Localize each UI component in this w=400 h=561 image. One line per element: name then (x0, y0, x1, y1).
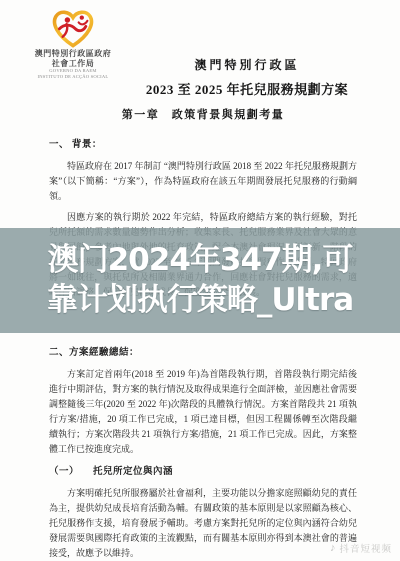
document-title-region: 澳門特別行政區 (108, 56, 386, 73)
chapter-heading: 第一章 政策背景與規劃考量 (49, 106, 357, 122)
document-body: 一、 背景： 特區政府在 2017 年制訂 “澳門特別行政區 2018 至 20… (49, 138, 357, 561)
promo-overlay-text: 澳门2024年347期,可 靠计划执行策略_Ultra (0, 240, 400, 320)
promo-text-line-2: 靠计划执行策略_Ultra (0, 280, 400, 320)
section-2-1-heading: （一）托兒所定位與內涵 (49, 465, 357, 480)
section-2-paragraph-1: 方案訂定首兩年(2018 至 2019 年)為首階段執行期，首階段執行期完結後進… (49, 367, 357, 457)
document-page: 澳門特別行政區政府 社會工作局 GOVERNO DA RAEM INSTITUT… (0, 0, 400, 561)
document-title-plan: 2023 至 2025 年托兒服務規劃方案 (108, 79, 386, 98)
music-note-icon: ♪ (330, 543, 337, 554)
promo-text-line-1: 澳门2024年347期,可 (0, 240, 400, 280)
section-1-paragraph-1: 特區政府在 2017 年制訂 “澳門特別行政區 2018 至 2022 年托兒服… (49, 159, 357, 204)
section-1-heading: 一、 背景： (49, 138, 357, 153)
watermark-label: 抖音短视频 (339, 541, 392, 555)
section-2-heading: 二、方案經驗總結： (49, 346, 357, 361)
section-2-1-title: 托兒所定位與內涵 (93, 467, 173, 477)
section-2-1-paragraph-1: 方案明確托兒所服務屬於社會福利，主要功能以分擔家庭照顧幼兒的責任為主，提供幼兒成… (49, 486, 357, 561)
heart-logo-icon (49, 7, 97, 49)
document-title-block: 澳門特別行政區 2023 至 2025 年托兒服務規劃方案 (108, 56, 386, 98)
video-watermark: ♪ 抖音短视频 (330, 541, 392, 555)
section-2-1-number: （一） (49, 465, 79, 480)
